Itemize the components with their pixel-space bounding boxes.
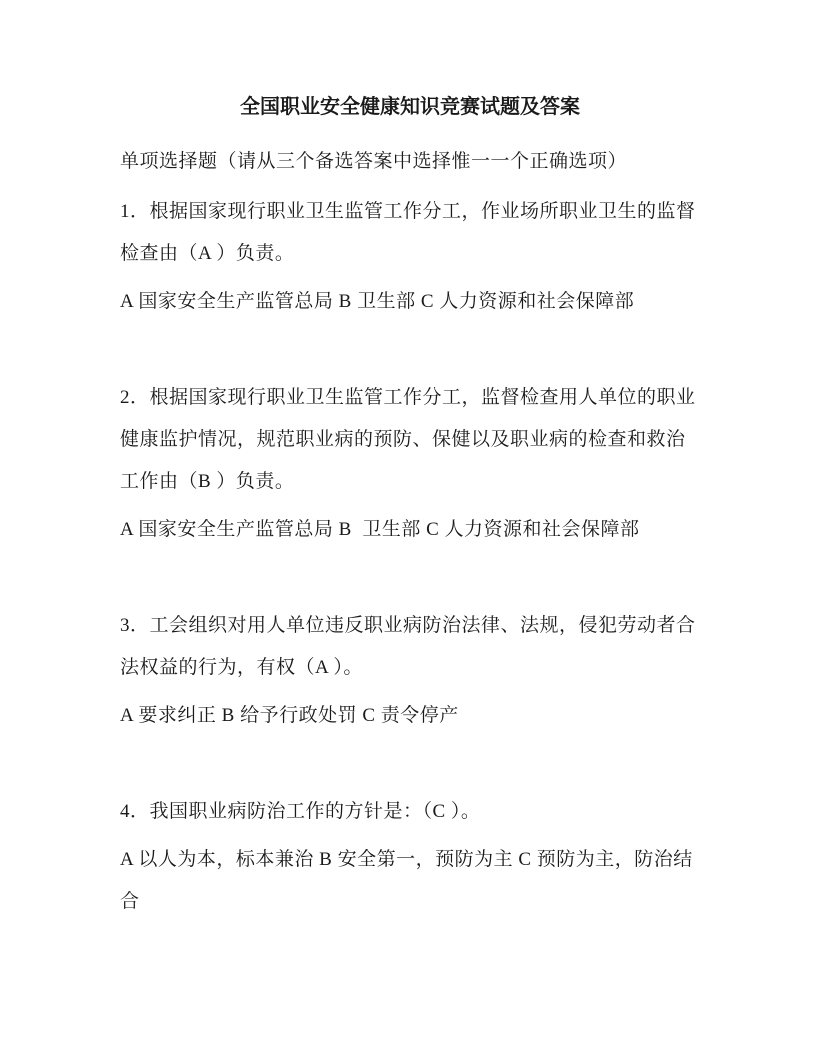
question-text: 2．根据国家现行职业卫生监管工作分工，监督检查用人单位的职业健康监护情况，规范职… (120, 377, 700, 503)
question-block-1: 1．根据国家现行职业卫生监管工作分工，作业场所职业卫生的监督检查由（A ）负责。… (120, 191, 700, 323)
question-block-3: 3．工会组织对用人单位违反职业病防治法律、法规，侵犯劳动者合法权益的行为，有权（… (120, 605, 700, 737)
document-page: 全国职业安全健康知识竞赛试题及答案 单项选择题（请从三个备选答案中选择惟一一个正… (0, 0, 816, 1056)
question-options: A 国家安全生产监管总局 B 卫生部 C 人力资源和社会保障部 (120, 281, 700, 323)
question-text: 4．我国职业病防治工作的方针是：（C ）。 (120, 791, 700, 833)
section-header: 单项选择题（请从三个备选答案中选择惟一一个正确选项） (120, 141, 700, 183)
question-options: A 国家安全生产监管总局 B 卫生部 C 人力资源和社会保障部 (120, 509, 700, 551)
document-title: 全国职业安全健康知识竞赛试题及答案 (120, 95, 700, 119)
question-text: 3．工会组织对用人单位违反职业病防治法律、法规，侵犯劳动者合法权益的行为，有权（… (120, 605, 700, 689)
question-text: 1．根据国家现行职业卫生监管工作分工，作业场所职业卫生的监督检查由（A ）负责。 (120, 191, 700, 275)
question-options: A 以人为本，标本兼治 B 安全第一，预防为主 C 预防为主，防治结合 (120, 839, 700, 923)
question-block-2: 2．根据国家现行职业卫生监管工作分工，监督检查用人单位的职业健康监护情况，规范职… (120, 377, 700, 551)
question-block-4: 4．我国职业病防治工作的方针是：（C ）。 A 以人为本，标本兼治 B 安全第一… (120, 791, 700, 923)
question-options: A 要求纠正 B 给予行政处罚 C 责令停产 (120, 695, 700, 737)
